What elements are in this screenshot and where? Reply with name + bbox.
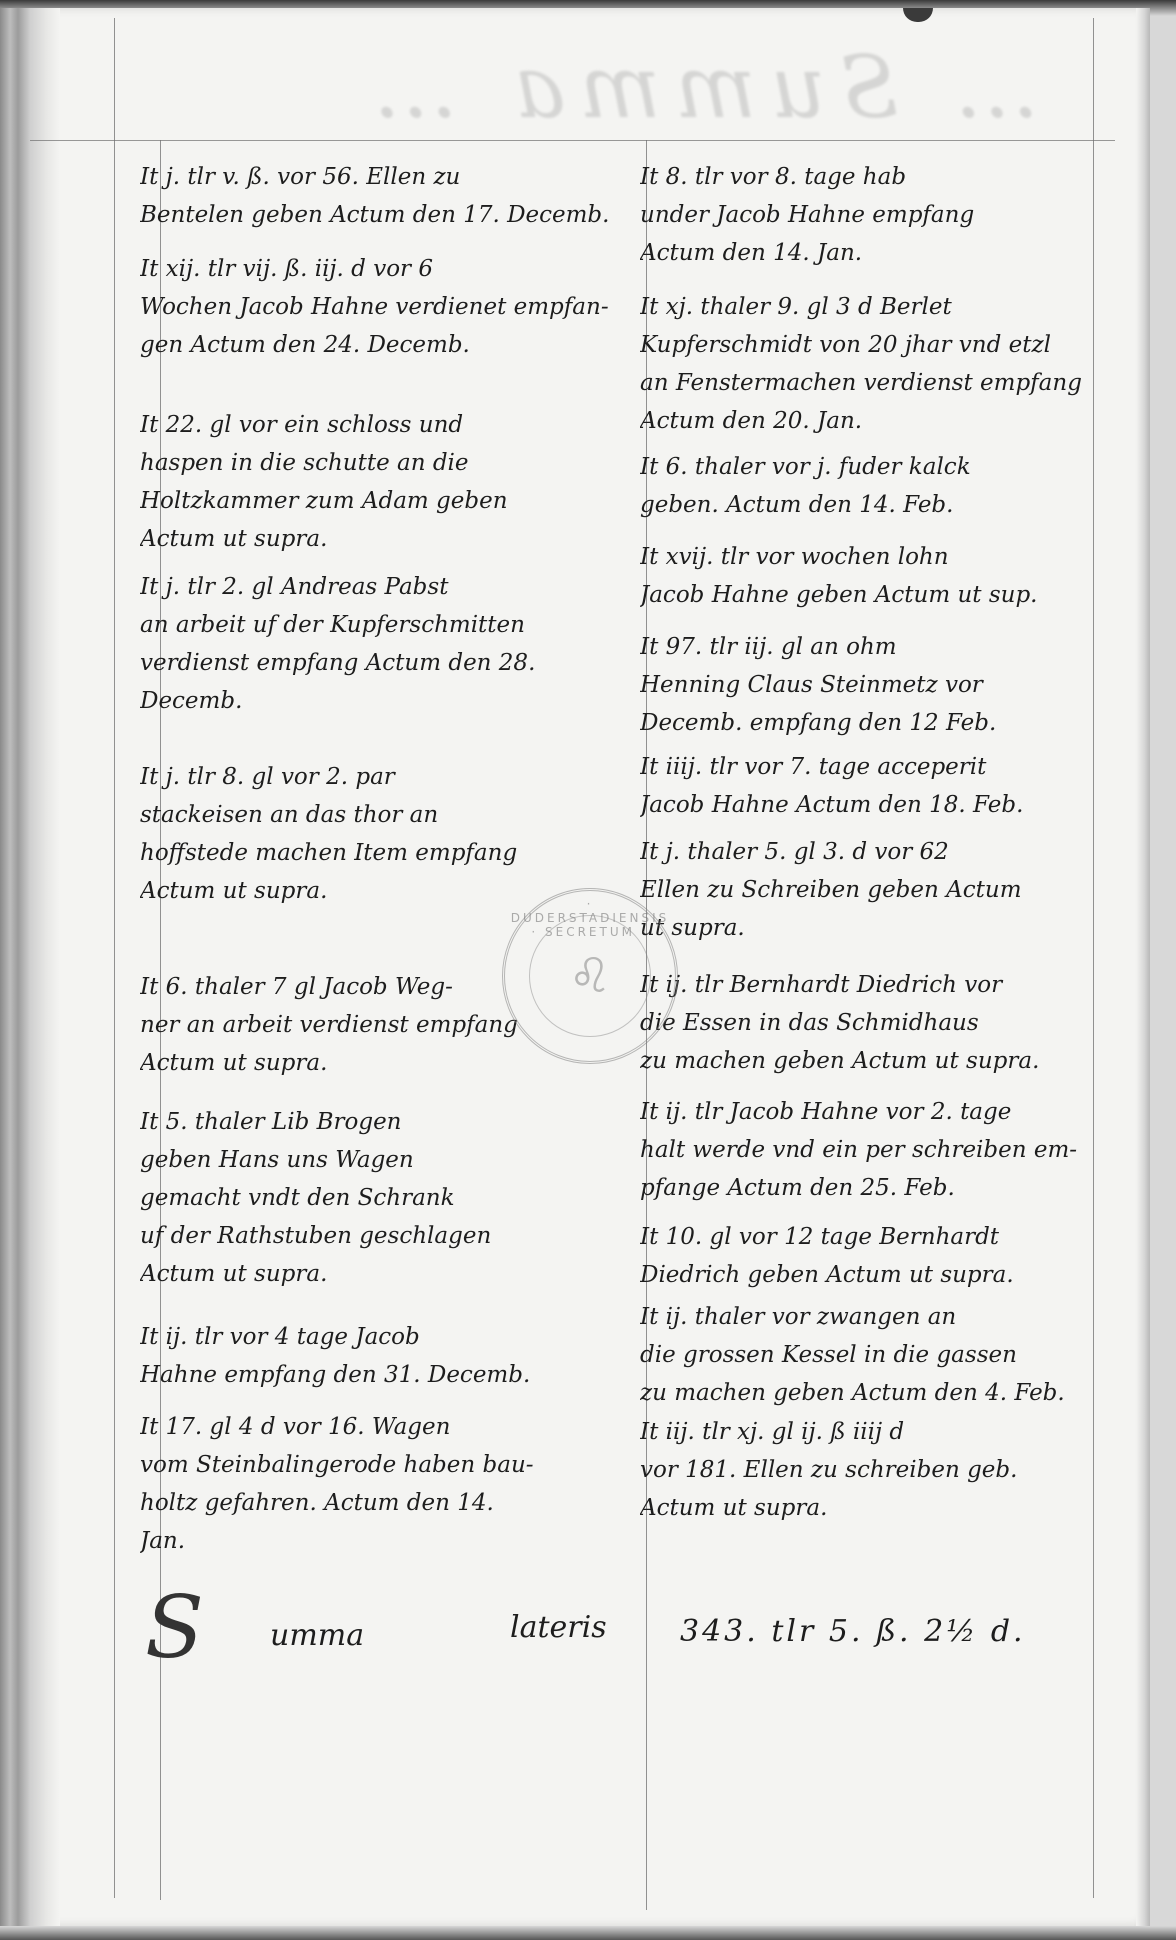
entry-line: Jacob Hahne geben Actum ut sup. xyxy=(640,576,1110,614)
entry-line: geben. Actum den 14. Feb. xyxy=(640,486,1110,524)
entry-line: zu machen geben Actum den 4. Feb. xyxy=(640,1374,1110,1412)
entry-line: It 8. tlr vor 8. tage hab xyxy=(640,158,1110,196)
entry-line: ut supra. xyxy=(640,909,1110,947)
ledger-entry: It j. tlr 2. gl Andreas Pabst an arbeit … xyxy=(140,568,640,720)
entry-line: gen Actum den 24. Decemb. xyxy=(140,326,640,364)
entry-line: stackeisen an das thor an xyxy=(140,796,640,834)
entry-line: Henning Claus Steinmetz vor xyxy=(640,666,1110,704)
entry-line: It ij. thaler vor zwangen an xyxy=(640,1298,1110,1336)
entry-line: geben Hans uns Wagen xyxy=(140,1141,640,1179)
ledger-entry: It iij. tlr xj. gl ij. ß iiij d vor 181.… xyxy=(640,1413,1110,1527)
book-binding-edge xyxy=(0,8,60,1926)
entry-line: Jan. xyxy=(140,1522,640,1560)
entry-line: It 17. gl 4 d vor 16. Wagen xyxy=(140,1408,640,1446)
ledger-entry: It 97. tlr iij. gl an ohm Henning Claus … xyxy=(640,628,1110,742)
entry-line: It j. tlr 8. gl vor 2. par xyxy=(140,758,640,796)
entry-line: an arbeit uf der Kupferschmitten xyxy=(140,606,640,644)
entry-line: Diedrich geben Actum ut supra. xyxy=(640,1256,1110,1294)
ledger-entry: It xvij. tlr vor wochen lohn Jacob Hahne… xyxy=(640,538,1110,614)
entry-line: haspen in die schutte an die xyxy=(140,444,640,482)
entry-line: Decemb. empfang den 12 Feb. xyxy=(640,704,1110,742)
ledger-entry: It j. tlr 8. gl vor 2. par stackeisen an… xyxy=(140,758,640,910)
entry-line: It ij. tlr Bernhardt Diedrich vor xyxy=(640,966,1110,1004)
entry-line: Actum den 14. Jan. xyxy=(640,234,1110,272)
ledger-entry: It 22. gl vor ein schloss und haspen in … xyxy=(140,406,640,558)
entry-line: Wochen Jacob Hahne verdienet empfan- xyxy=(140,288,640,326)
entry-line: gemacht vndt den Schrank xyxy=(140,1179,640,1217)
entry-line: Hahne empfang den 31. Decemb. xyxy=(140,1356,640,1394)
ledger-page: … Summa … It j. tlr v. ß. vor 56. Ellen … xyxy=(0,8,1150,1926)
ledger-entry: It xij. tlr vij. ß. iij. d vor 6 Wochen … xyxy=(140,250,640,364)
entry-line: It xvij. tlr vor wochen lohn xyxy=(640,538,1110,576)
entry-line: It 22. gl vor ein schloss und xyxy=(140,406,640,444)
ledger-entry: It ij. tlr Jacob Hahne vor 2. tage halt … xyxy=(640,1093,1110,1207)
ink-blot xyxy=(903,8,933,22)
entry-line: die Essen in das Schmidhaus xyxy=(640,1004,1110,1042)
entry-line: vor 181. Ellen zu schreiben geb. xyxy=(640,1451,1110,1489)
entry-line: an Fenstermachen verdienst empfang xyxy=(640,364,1110,402)
summa-word: umma xyxy=(270,1618,364,1653)
stamp-legend: · DUDERSTADIENSIS · SECRETUM · xyxy=(505,897,675,939)
entry-line: vom Steinbalingerode haben bau- xyxy=(140,1446,640,1484)
entry-line: Decemb. xyxy=(140,682,640,720)
left-outer-rule xyxy=(114,18,115,1898)
entry-line: Actum ut supra. xyxy=(140,1255,640,1293)
entry-line: It 5. thaler Lib Brogen xyxy=(140,1103,640,1141)
entry-line: It ij. tlr vor 4 tage Jacob xyxy=(140,1318,640,1356)
entry-line: zu machen geben Actum ut supra. xyxy=(640,1042,1110,1080)
ledger-entry: It 17. gl 4 d vor 16. Wagen vom Steinbal… xyxy=(140,1408,640,1560)
header-rule xyxy=(30,140,1115,141)
ledger-entry: It j. tlr v. ß. vor 56. Ellen zu Bentele… xyxy=(140,158,640,234)
entry-line: It 97. tlr iij. gl an ohm xyxy=(640,628,1110,666)
ledger-entry: It 8. tlr vor 8. tage hab under Jacob Ha… xyxy=(640,158,1110,272)
entry-line: uf der Rathstuben geschlagen xyxy=(140,1217,640,1255)
archive-stamp: · DUDERSTADIENSIS · SECRETUM · ♌ xyxy=(502,888,678,1064)
entry-line: pfange Actum den 25. Feb. xyxy=(640,1169,1110,1207)
entry-line: halt werde vnd ein per schreiben em- xyxy=(640,1131,1110,1169)
ledger-entry: It 10. gl vor 12 tage Bernhardt Diedrich… xyxy=(640,1218,1110,1294)
entry-line: It iiij. tlr vor 7. tage acceperit xyxy=(640,748,1110,786)
total-amount: 343. tlr 5. ß. 2½ d. xyxy=(680,1614,1026,1649)
entry-line: It xij. tlr vij. ß. iij. d vor 6 xyxy=(140,250,640,288)
ledger-entry: It ij. thaler vor zwangen an die grossen… xyxy=(640,1298,1110,1412)
entry-line: It iij. tlr xj. gl ij. ß iiij d xyxy=(640,1413,1110,1451)
entry-line: It xj. thaler 9. gl 3 d Berlet xyxy=(640,288,1110,326)
entry-line: Ellen zu Schreiben geben Actum xyxy=(640,871,1110,909)
ledger-entry: It ij. tlr vor 4 tage Jacob Hahne empfan… xyxy=(140,1318,640,1394)
lion-emblem-icon: ♌ xyxy=(568,948,611,1004)
entry-line: Jacob Hahne Actum den 18. Feb. xyxy=(640,786,1110,824)
ledger-entry: It 5. thaler Lib Brogen geben Hans uns W… xyxy=(140,1103,640,1293)
entry-line: It j. thaler 5. gl 3. d vor 62 xyxy=(640,833,1110,871)
entry-line: Actum ut supra. xyxy=(140,520,640,558)
entry-line: It j. tlr 2. gl Andreas Pabst xyxy=(140,568,640,606)
entry-line: Actum den 20. Jan. xyxy=(640,402,1110,440)
entry-line: die grossen Kessel in die gassen xyxy=(640,1336,1110,1374)
entry-line: Actum ut supra. xyxy=(640,1489,1110,1527)
entry-line: It ij. tlr Jacob Hahne vor 2. tage xyxy=(640,1093,1110,1131)
entry-line: holtz gefahren. Actum den 14. xyxy=(140,1484,640,1522)
summa-initial: S xyxy=(145,1578,204,1678)
ledger-entry: It j. thaler 5. gl 3. d vor 62 Ellen zu … xyxy=(640,833,1110,947)
entry-line: under Jacob Hahne empfang xyxy=(640,196,1110,234)
ledger-entry: It 6. thaler vor j. fuder kalck geben. A… xyxy=(640,448,1110,524)
scan-bottom-shadow xyxy=(0,1926,1176,1940)
entry-line: hoffstede machen Item empfang xyxy=(140,834,640,872)
entry-line: Holtzkammer zum Adam geben xyxy=(140,482,640,520)
page-total-line: S umma lateris 343. tlr 5. ß. 2½ d. xyxy=(145,1588,1125,1678)
entry-line: It j. tlr v. ß. vor 56. Ellen zu xyxy=(140,158,640,196)
entry-line: It 10. gl vor 12 tage Bernhardt xyxy=(640,1218,1110,1256)
ledger-entry: It xj. thaler 9. gl 3 d Berlet Kupfersch… xyxy=(640,288,1110,440)
bleedthrough-header: … Summa … xyxy=(140,38,1040,148)
ledger-entry: It ij. tlr Bernhardt Diedrich vor die Es… xyxy=(640,966,1110,1080)
entry-line: It 6. thaler vor j. fuder kalck xyxy=(640,448,1110,486)
entry-line: verdienst empfang Actum den 28. xyxy=(140,644,640,682)
lateris-word: lateris xyxy=(510,1610,607,1645)
entry-line: Bentelen geben Actum den 17. Decemb. xyxy=(140,196,640,234)
ledger-entry: It iiij. tlr vor 7. tage acceperit Jacob… xyxy=(640,748,1110,824)
entry-line: Kupferschmidt von 20 jhar vnd etzl xyxy=(640,326,1110,364)
page-right-edge xyxy=(1136,8,1150,1926)
